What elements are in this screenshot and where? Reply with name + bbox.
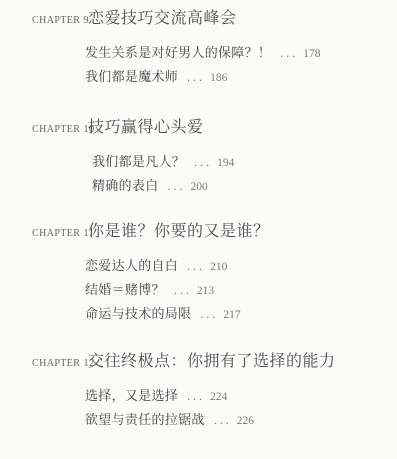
chapter-label: CHAPTER10 — [32, 119, 88, 141]
toc-entries: 我们都是凡人？ ... 194 精确的表白 ... 200 — [92, 155, 391, 194]
entry-page-number: 178 — [303, 47, 320, 61]
chapter-section-9: CHAPTER9 恋爱技巧交流高峰会 发生关系是对好男人的保障？！ ... 17… — [32, 8, 391, 94]
entry-page-number: 226 — [237, 414, 254, 428]
entry-page-number: 200 — [191, 180, 208, 194]
entry-page-number: 213 — [197, 284, 214, 298]
chapter-label: CHAPTER9 — [32, 10, 88, 32]
leader-dots: ... — [214, 413, 232, 427]
chapter-heading: CHAPTER11 你是谁？你要的又是谁？ — [32, 221, 391, 245]
toc-entry: 我们都是凡人？ ... 194 — [92, 155, 391, 170]
chapter-label-word: CHAPTER — [32, 15, 80, 26]
chapter-label-word: CHAPTER — [32, 358, 80, 369]
toc-entry: 结婚＝赌博？ ... 213 — [85, 283, 391, 298]
entry-page-number: 210 — [210, 260, 227, 274]
entry-page-number: 186 — [210, 71, 227, 85]
toc-entry: 发生关系是对好男人的保障？！ ... 178 — [85, 46, 391, 61]
entry-title: 我们都是凡人？ — [92, 155, 185, 169]
chapter-section-12: CHAPTER12 交往终极点：你拥有了选择的能力 选择，又是选择 ... 22… — [32, 351, 391, 437]
chapter-label: CHAPTER12 — [32, 353, 88, 375]
chapter-heading: CHAPTER12 交往终极点：你拥有了选择的能力 — [32, 351, 391, 375]
entry-page-number: 224 — [210, 390, 227, 404]
leader-dots: ... — [187, 70, 205, 84]
chapter-heading: CHAPTER9 恋爱技巧交流高峰会 — [32, 8, 391, 32]
entry-title: 精确的表白 — [92, 179, 159, 193]
leader-dots: ... — [168, 179, 186, 193]
toc-entry: 命运与技术的局限 ... 217 — [85, 307, 391, 322]
chapter-label: CHAPTER11 — [32, 223, 88, 245]
toc-entries: 发生关系是对好男人的保障？！ ... 178 我们都是魔术师 ... 186 — [85, 46, 391, 85]
entry-page-number: 217 — [223, 308, 240, 322]
leader-dots: ... — [200, 307, 218, 321]
chapter-heading: CHAPTER10 技巧赢得心头爱 — [32, 117, 391, 141]
leader-dots: ... — [187, 389, 205, 403]
chapter-title: 恋爱技巧交流高峰会 — [88, 8, 237, 30]
entry-title: 选择，又是选择 — [85, 389, 178, 403]
toc-entry: 欲望与责任的拉锯战 ... 226 — [85, 413, 391, 428]
entry-page-number: 194 — [217, 156, 234, 170]
toc-entry: 选择，又是选择 ... 224 — [85, 389, 391, 404]
chapter-label-word: CHAPTER — [32, 124, 80, 135]
toc-entries: 选择，又是选择 ... 224 欲望与责任的拉锯战 ... 226 — [85, 389, 391, 428]
toc-entry: 我们都是魔术师 ... 186 — [85, 70, 391, 85]
chapter-title: 技巧赢得心头爱 — [88, 117, 204, 139]
entry-title: 命运与技术的局限 — [85, 307, 191, 321]
entry-title: 结婚＝赌博？ — [85, 283, 165, 297]
chapter-title: 交往终极点：你拥有了选择的能力 — [88, 351, 336, 373]
chapter-section-10: CHAPTER10 技巧赢得心头爱 我们都是凡人？ ... 194 精确的表白 … — [32, 117, 391, 203]
toc-entries: 恋爱达人的自白 ... 210 结婚＝赌博？ ... 213 命运与技术的局限 … — [85, 259, 391, 322]
toc-page: CHAPTER9 恋爱技巧交流高峰会 发生关系是对好男人的保障？！ ... 17… — [0, 0, 397, 459]
toc-entry: 精确的表白 ... 200 — [92, 179, 391, 194]
entry-title: 发生关系是对好男人的保障？！ — [85, 46, 271, 60]
chapter-title: 你是谁？你要的又是谁？ — [88, 221, 270, 243]
chapter-section-11: CHAPTER11 你是谁？你要的又是谁？ 恋爱达人的自白 ... 210 结婚… — [32, 221, 391, 331]
entry-title: 欲望与责任的拉锯战 — [85, 413, 205, 427]
entry-title: 我们都是魔术师 — [85, 70, 178, 84]
chapter-label-word: CHAPTER — [32, 228, 80, 239]
entry-title: 恋爱达人的自白 — [85, 259, 178, 273]
leader-dots: ... — [187, 259, 205, 273]
toc-entry: 恋爱达人的自白 ... 210 — [85, 259, 391, 274]
leader-dots: ... — [280, 46, 298, 60]
leader-dots: ... — [174, 283, 192, 297]
leader-dots: ... — [194, 155, 212, 169]
